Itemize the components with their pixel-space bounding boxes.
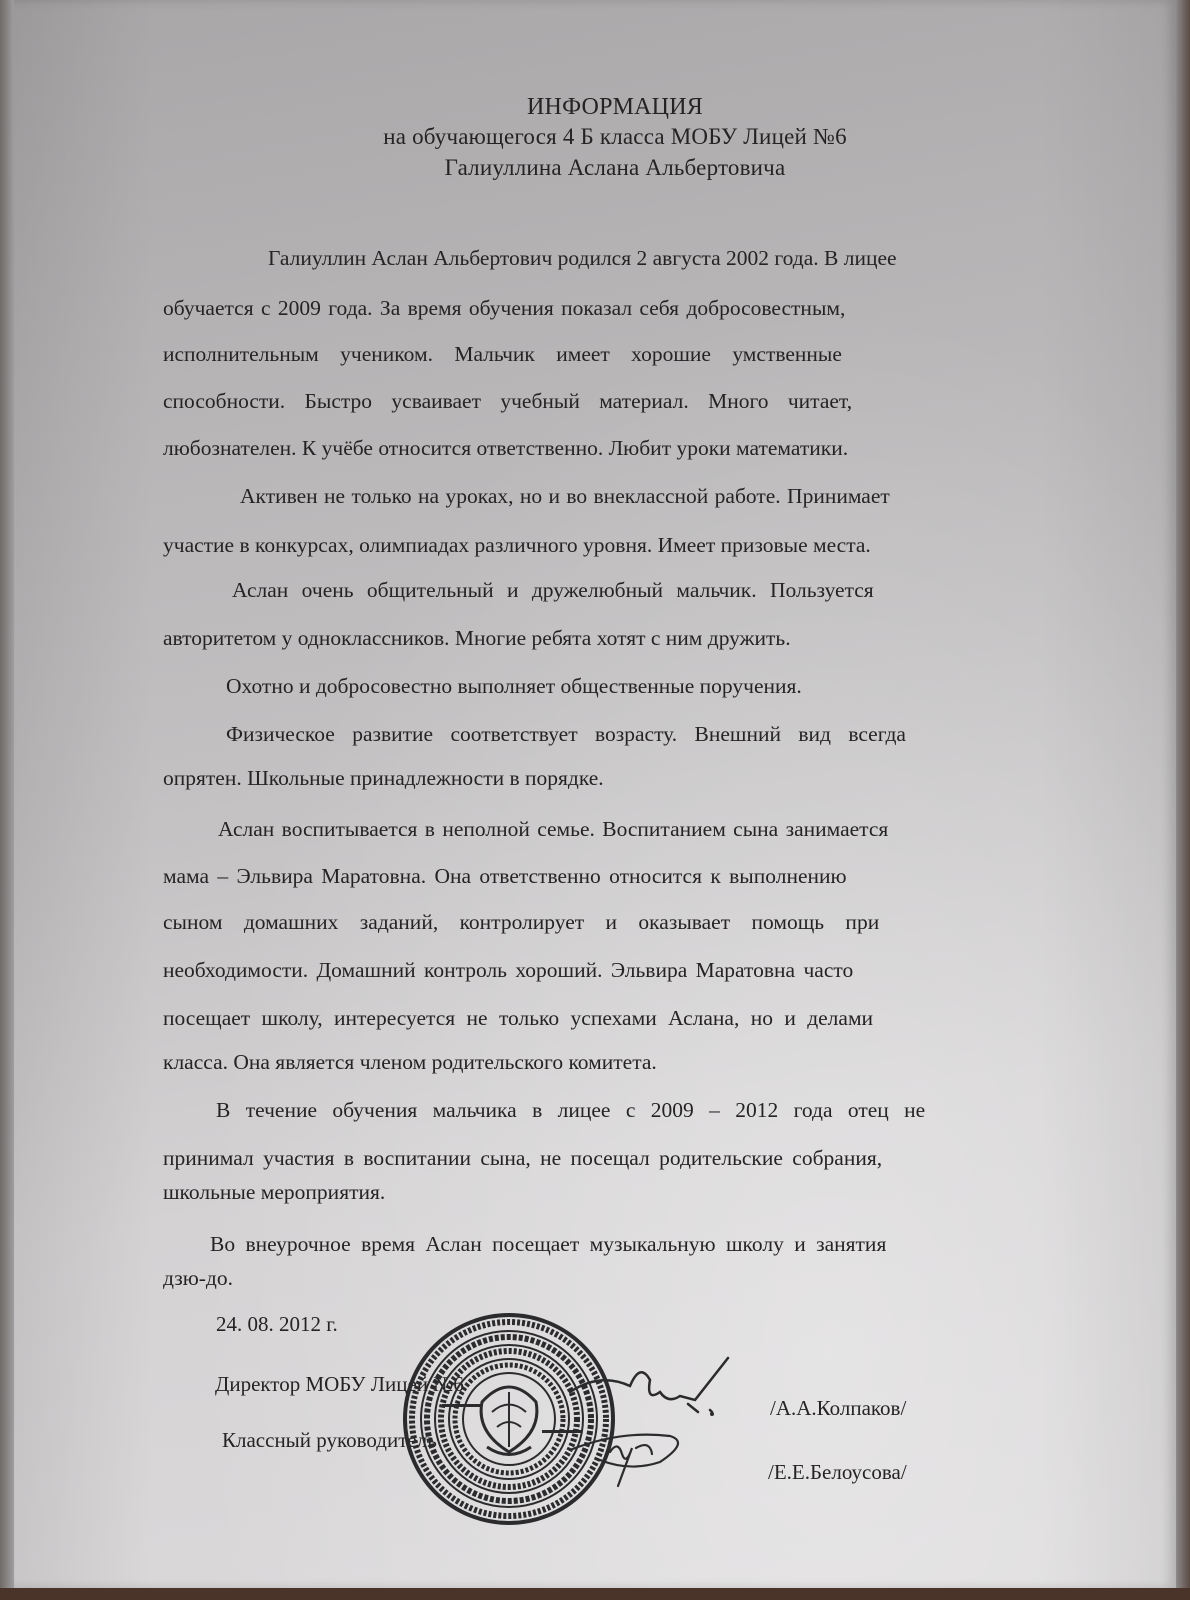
text-line: класса. Она является членом родительског… bbox=[163, 1050, 1075, 1075]
text-line: посещает школу, интересуется не только у… bbox=[163, 1006, 1075, 1031]
text-line: Аслан очень общительный и дружелюбный ма… bbox=[232, 578, 1080, 603]
text-line: любознателен. К учёбе относится ответств… bbox=[163, 436, 1081, 461]
text-line: участие в конкурсах, олимпиадах различно… bbox=[163, 533, 1081, 558]
document-date: 24. 08. 2012 г. bbox=[216, 1312, 338, 1337]
text-line: дзю-до. bbox=[163, 1266, 363, 1291]
text-line: Галиуллин Аслан Альбертович родился 2 ав… bbox=[268, 246, 1080, 271]
director-name: /А.А.Колпаков/ bbox=[770, 1396, 906, 1421]
text-line: Охотно и добросовестно выполняет обществ… bbox=[226, 674, 1076, 699]
class-teacher-name: /Е.Е.Белоусова/ bbox=[768, 1460, 907, 1485]
text-line: сыном домашних заданий, контролирует и о… bbox=[163, 910, 1075, 935]
text-line: необходимости. Домашний контроль хороший… bbox=[163, 958, 1075, 983]
text-line: мама – Эльвира Маратовна. Она ответствен… bbox=[163, 864, 1075, 889]
document: ИНФОРМАЦИЯ на обучающегося 4 Б класса МО… bbox=[0, 0, 1190, 1600]
text-line: способности. Быстро усваивает учебный ма… bbox=[163, 389, 1081, 414]
document-subtitle-student: Галиуллина Аслана Альбертовича bbox=[0, 155, 1190, 181]
text-line: принимал участия в воспитании сына, не п… bbox=[163, 1146, 1075, 1171]
document-subtitle-class: на обучающегося 4 Б класса МОБУ Лицей №6 bbox=[0, 124, 1190, 150]
text-line: опрятен. Школьные принадлежности в поряд… bbox=[163, 766, 1081, 791]
class-teacher-signature-icon bbox=[560, 1410, 690, 1490]
text-line: авторитетом у одноклассников. Многие реб… bbox=[163, 626, 1081, 651]
text-line: В течение обучения мальчика в лицее с 20… bbox=[216, 1098, 1074, 1123]
text-line: Во внеурочное время Аслан посещает музык… bbox=[210, 1232, 1070, 1257]
text-line: обучается с 2009 года. За время обучения… bbox=[163, 296, 1081, 321]
document-title: ИНФОРМАЦИЯ bbox=[0, 94, 1190, 121]
text-line: Физическое развитие соответствует возрас… bbox=[226, 722, 1076, 747]
text-line: школьные мероприятия. bbox=[163, 1180, 1075, 1205]
text-line: Аслан воспитывается в неполной семье. Во… bbox=[218, 817, 1076, 842]
text-line: исполнительным учеником. Мальчик имеет х… bbox=[163, 342, 1081, 367]
text-line: Активен не только на уроках, но и во вне… bbox=[240, 484, 1080, 509]
